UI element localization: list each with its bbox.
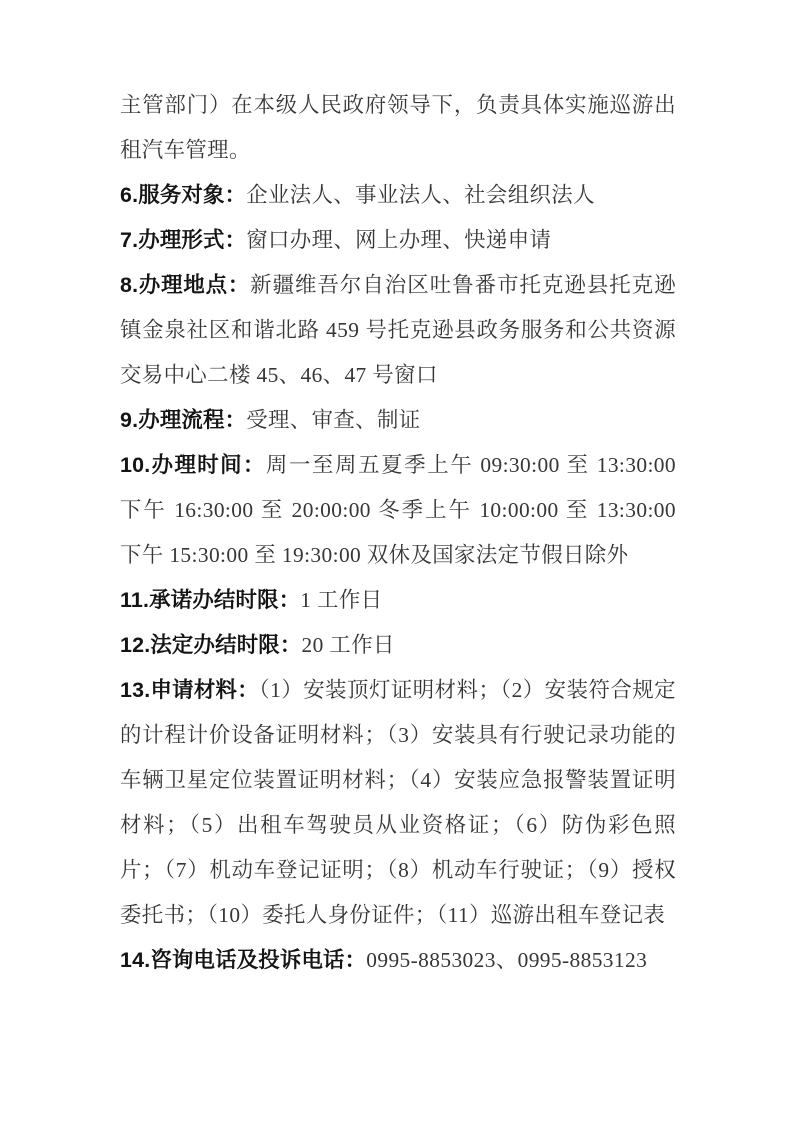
paragraph-continuation: 主管部门）在本级人民政府领导下，负责具体实施巡游出租汽车管理。	[120, 83, 676, 173]
item-label: 14.咨询电话及投诉电话：	[120, 948, 366, 972]
list-item-handling-form: 7.办理形式：窗口办理、网上办理、快递申请	[120, 218, 676, 263]
item-label: 12.法定办结时限：	[120, 633, 301, 657]
list-item-handling-process: 9.办理流程：受理、审查、制证	[120, 398, 676, 443]
list-item-handling-hours: 10.办理时间：周一至周五夏季上午 09:30:00 至 13:30:00 下午…	[120, 443, 676, 578]
item-text: 受理、审查、制证	[246, 408, 420, 432]
item-label: 6.服务对象：	[120, 183, 246, 207]
list-item-handling-location: 8.办理地点：新疆维吾尔自治区吐鲁番市托克逊县托克逊镇金泉社区和谐北路 459 …	[120, 263, 676, 398]
list-item-legal-time-limit: 12.法定办结时限：20 工作日	[120, 623, 676, 668]
item-text: 企业法人、事业法人、社会组织法人	[246, 183, 595, 207]
item-label: 9.办理流程：	[120, 408, 246, 432]
list-item-phone-numbers: 14.咨询电话及投诉电话：0995-8853023、0995-8853123	[120, 938, 676, 983]
item-label: 8.办理地点：	[120, 273, 250, 297]
list-item-service-target: 6.服务对象：企业法人、事业法人、社会组织法人	[120, 173, 676, 218]
item-label: 10.办理时间：	[120, 453, 266, 477]
list-item-promised-time-limit: 11.承诺办结时限：1 工作日	[120, 578, 676, 623]
item-label: 11.承诺办结时限：	[120, 588, 300, 612]
item-text: 0995-8853023、0995-8853123	[366, 948, 647, 972]
item-text: 窗口办理、网上办理、快递申请	[246, 228, 551, 252]
list-item-application-materials: 13.申请材料：（1）安装顶灯证明材料；（2）安装符合规定的计程计价设备证明材料…	[120, 668, 676, 938]
item-label: 13.申请材料：	[120, 678, 259, 702]
document-page: 主管部门）在本级人民政府领导下，负责具体实施巡游出租汽车管理。 6.服务对象：企…	[0, 0, 793, 1122]
paragraph-continuation-text: 主管部门）在本级人民政府领导下，负责具体实施巡游出租汽车管理。	[120, 93, 676, 162]
item-text: （1）安装顶灯证明材料；（2）安装符合规定的计程计价设备证明材料；（3）安装具有…	[120, 678, 676, 927]
item-label: 7.办理形式：	[120, 228, 246, 252]
item-text: 20 工作日	[301, 633, 394, 657]
item-text: 1 工作日	[300, 588, 382, 612]
